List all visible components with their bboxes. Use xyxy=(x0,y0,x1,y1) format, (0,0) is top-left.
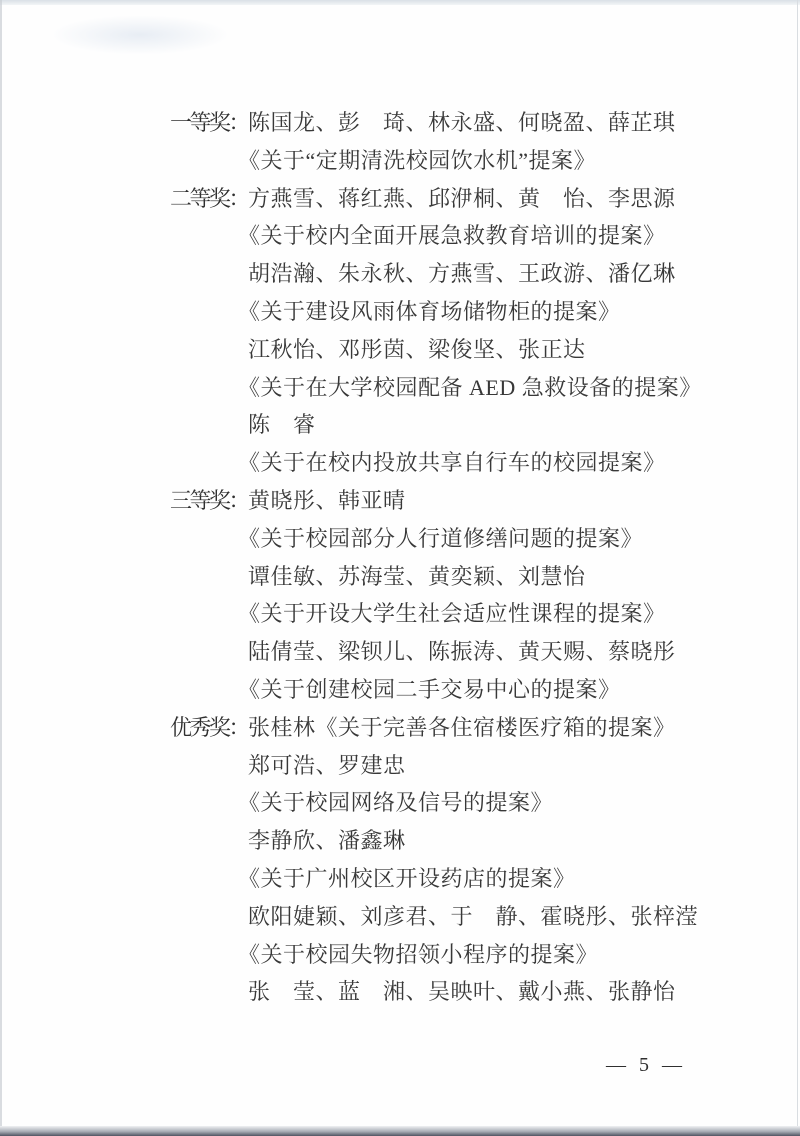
award-lines: 黄晓彤、韩亚晴《关于校园部分人行道修缮问题的提案》谭佳敏、苏海莹、黄奕颖、刘慧怡… xyxy=(248,482,750,709)
award-section-third-prize: 三等奖： 黄晓彤、韩亚晴《关于校园部分人行道修缮问题的提案》谭佳敏、苏海莹、黄奕… xyxy=(170,482,750,709)
winner-names: 谭佳敏、苏海莹、黄奕颖、刘慧怡 xyxy=(248,558,750,596)
scan-left-edge xyxy=(0,0,2,1136)
award-lines: 张桂林《关于完善各住宿楼医疗箱的提案》郑可浩、罗建忠《关于校园网络及信号的提案》… xyxy=(248,709,750,1011)
proposal-title: 《关于建设风雨体育场储物柜的提案》 xyxy=(248,293,750,331)
winner-names: 陆倩莹、梁钡儿、陈振涛、黄天赐、蔡晓彤 xyxy=(248,633,750,671)
winner-names: 陈国龙、彭 琦、林永盛、何晓盈、薛芷琪 xyxy=(248,104,750,142)
document-page: 一等奖： 陈国龙、彭 琦、林永盛、何晓盈、薛芷琪《关于“定期清洗校园饮水机”提案… xyxy=(0,0,800,1136)
proposal-title: 《关于校内全面开展急救教育培训的提案》 xyxy=(248,217,750,255)
winner-names: 欧阳婕颖、刘彦君、于 静、霍晓彤、张梓滢 xyxy=(248,898,750,936)
award-tier-label: 三等奖： xyxy=(170,482,248,520)
winner-names: 郑可浩、罗建忠 xyxy=(248,747,750,785)
winner-names: 黄晓彤、韩亚晴 xyxy=(248,482,750,520)
award-section-first-prize: 一等奖： 陈国龙、彭 琦、林永盛、何晓盈、薛芷琪《关于“定期清洗校园饮水机”提案… xyxy=(170,104,750,180)
proposal-title: 《关于广州校区开设药店的提案》 xyxy=(248,860,750,898)
winner-names: 方燕雪、蒋红燕、邱洢桐、黄 怡、李思源 xyxy=(248,180,750,218)
proposal-title: 《关于在校内投放共享自行车的校园提案》 xyxy=(248,444,750,482)
winner-names: 李静欣、潘鑫琳 xyxy=(248,822,750,860)
proposal-title: 《关于校园失物招领小程序的提案》 xyxy=(248,936,750,974)
scan-bottom-edge xyxy=(0,1126,800,1136)
proposal-title: 《关于“定期清洗校园饮水机”提案》 xyxy=(248,142,750,180)
award-lines: 方燕雪、蒋红燕、邱洢桐、黄 怡、李思源《关于校内全面开展急救教育培训的提案》胡浩… xyxy=(248,180,750,482)
proposal-title: 《关于校园网络及信号的提案》 xyxy=(248,784,750,822)
scan-top-edge xyxy=(0,0,800,5)
award-tier-label: 一等奖： xyxy=(170,104,248,142)
winner-names: 胡浩瀚、朱永秋、方燕雪、王政游、潘亿琳 xyxy=(248,255,750,293)
winner-names: 张桂林《关于完善各住宿楼医疗箱的提案》 xyxy=(248,709,750,747)
winner-names: 陈 睿 xyxy=(248,406,750,444)
proposal-title: 《关于创建校园二手交易中心的提案》 xyxy=(248,671,750,709)
award-section-excellence-award: 优秀奖： 张桂林《关于完善各住宿楼医疗箱的提案》郑可浩、罗建忠《关于校园网络及信… xyxy=(170,709,750,1011)
winner-names: 张 莹、蓝 湘、吴映叶、戴小燕、张静怡 xyxy=(248,973,750,1011)
award-tier-label: 优秀奖： xyxy=(170,709,248,747)
award-section-second-prize: 二等奖： 方燕雪、蒋红燕、邱洢桐、黄 怡、李思源《关于校内全面开展急救教育培训的… xyxy=(170,180,750,482)
awards-list: 一等奖： 陈国龙、彭 琦、林永盛、何晓盈、薛芷琪《关于“定期清洗校园饮水机”提案… xyxy=(170,104,750,1011)
proposal-title: 《关于开设大学生社会适应性课程的提案》 xyxy=(248,595,750,633)
scan-right-edge xyxy=(797,0,798,1136)
winner-names: 江秋怡、邓彤茵、梁俊坚、张正达 xyxy=(248,331,750,369)
award-tier-label: 二等奖： xyxy=(170,180,248,218)
scan-smudge xyxy=(50,15,230,55)
award-lines: 陈国龙、彭 琦、林永盛、何晓盈、薛芷琪《关于“定期清洗校园饮水机”提案》 xyxy=(248,104,750,180)
proposal-title: 《关于校园部分人行道修缮问题的提案》 xyxy=(248,520,750,558)
page-number: — 5 — xyxy=(606,1054,686,1077)
proposal-title: 《关于在大学校园配备 AED 急救设备的提案》 xyxy=(248,369,750,407)
